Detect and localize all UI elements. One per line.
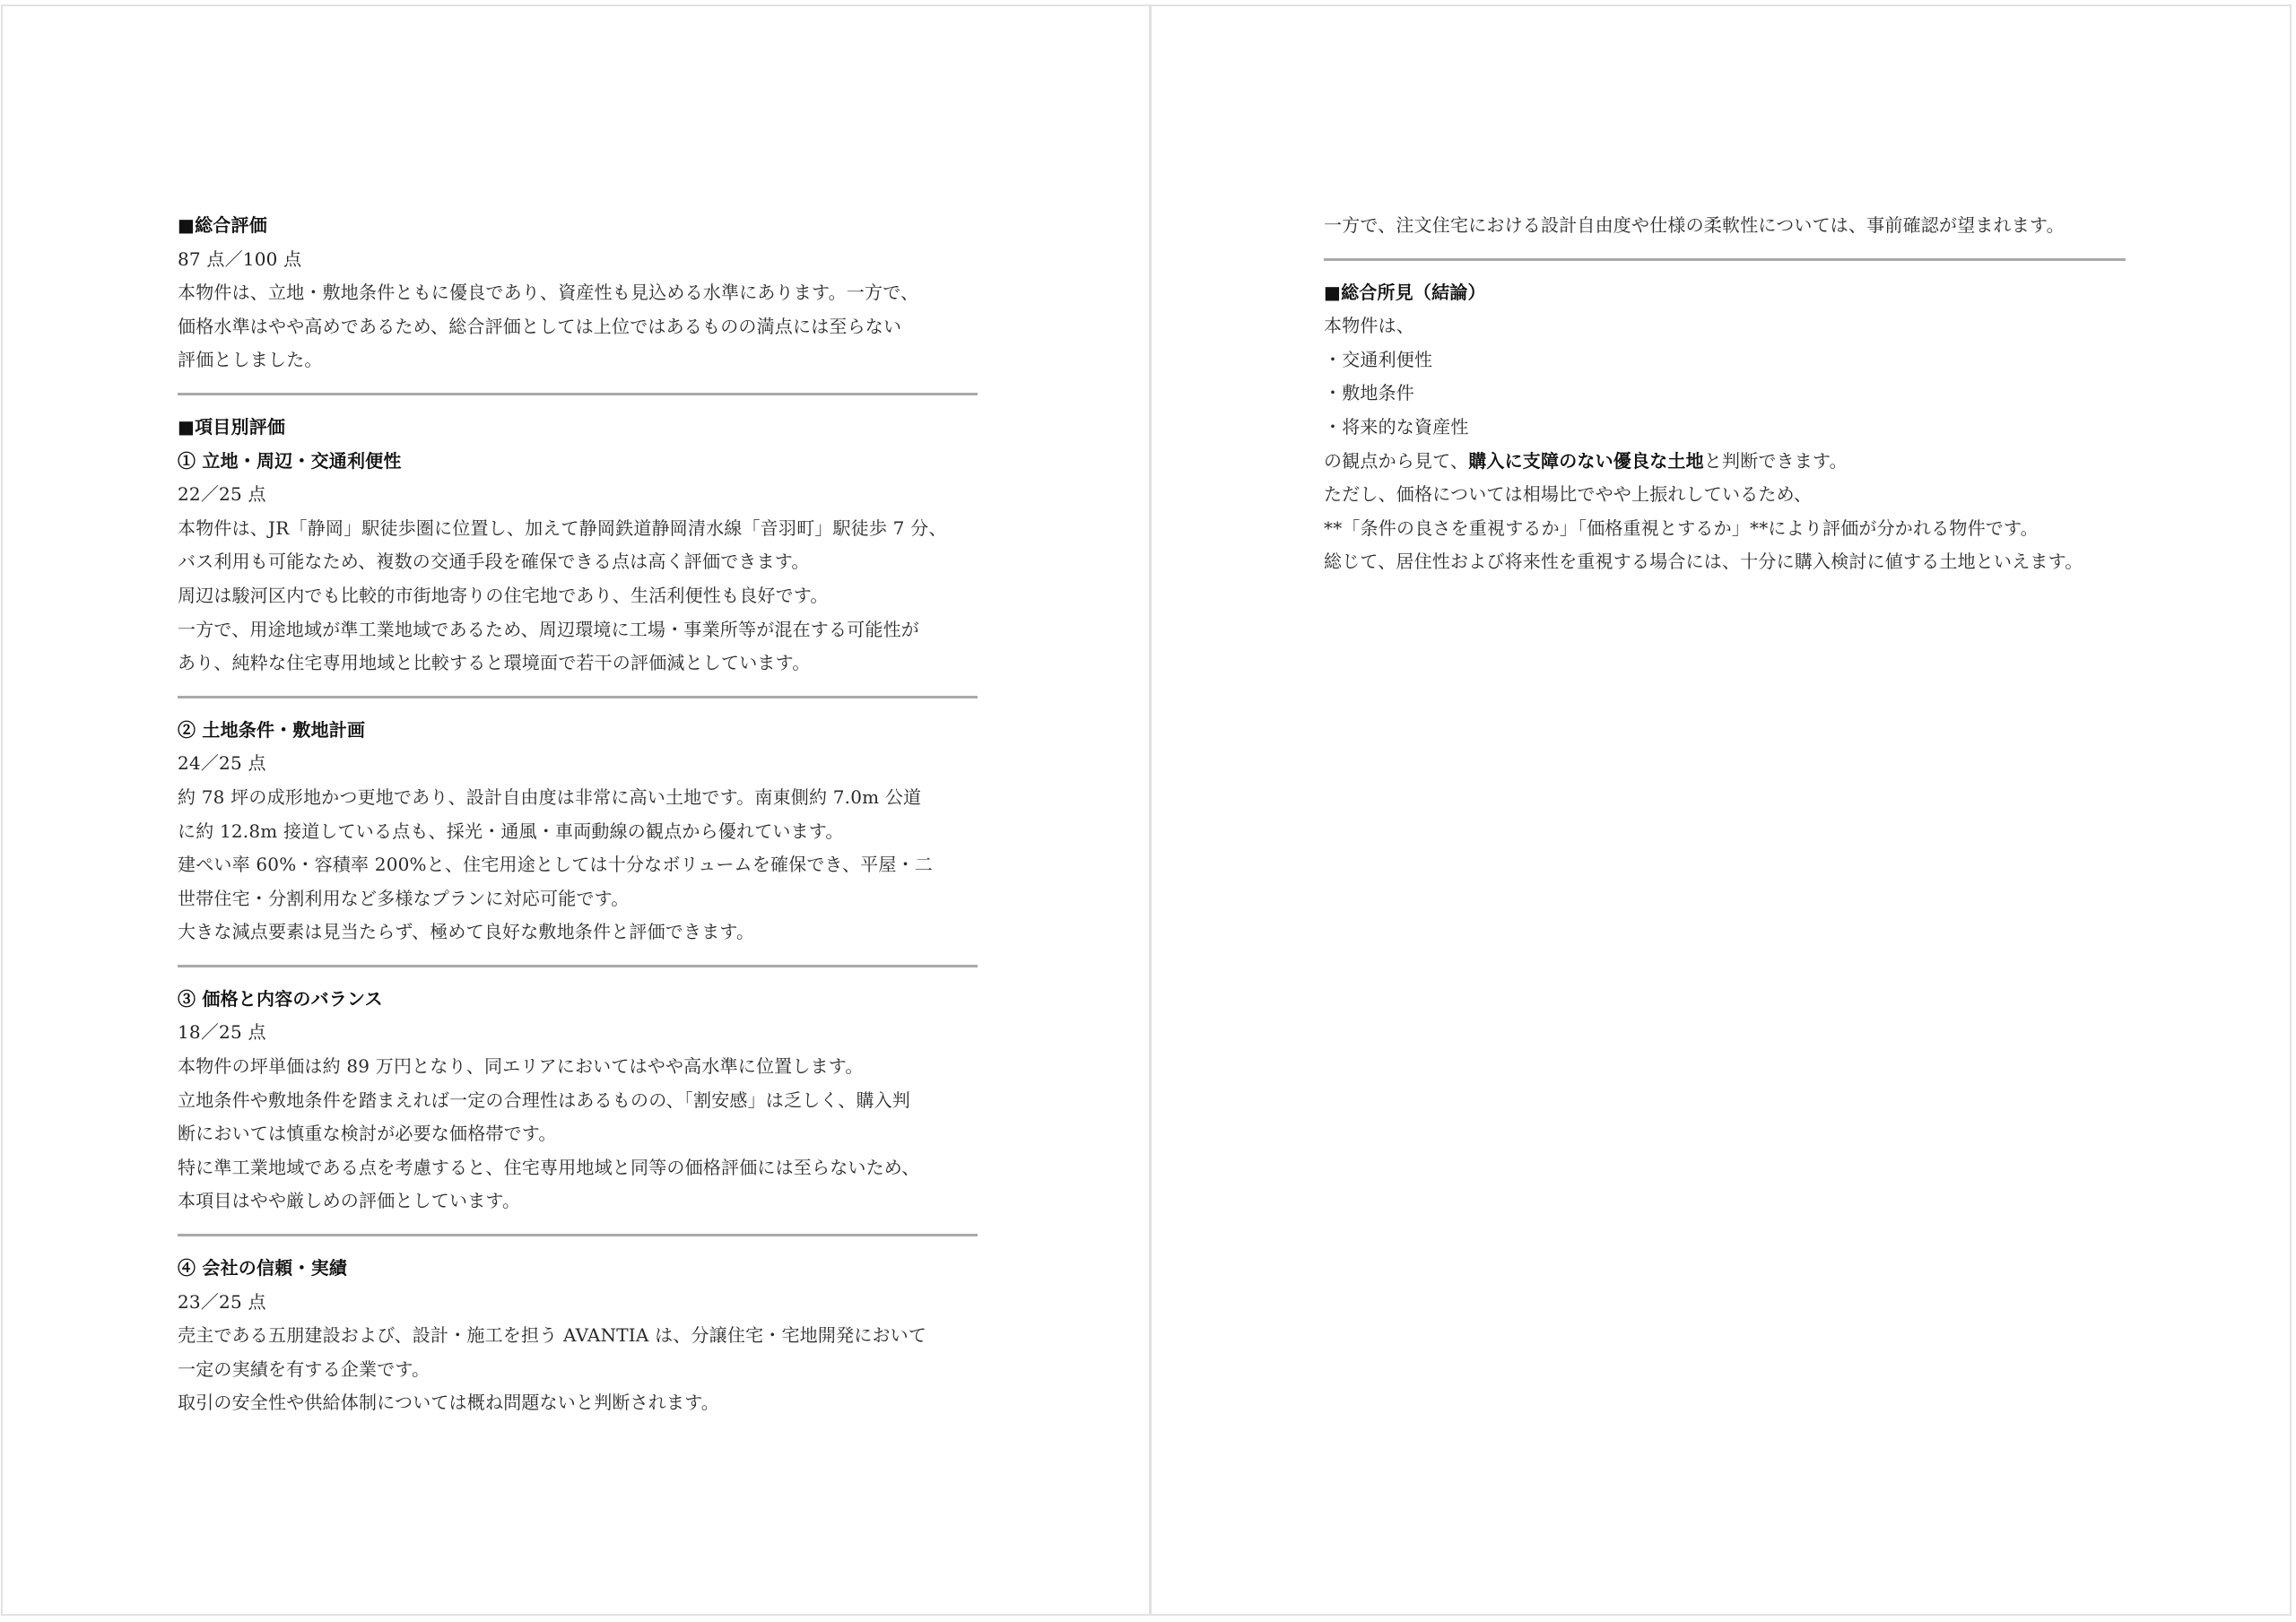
continuation-text-line: 一方で、注文住宅における設計自由度や仕様の柔軟性については、事前確認が望まれます…: [1324, 209, 2126, 243]
section-title-location: ① 立地・周辺・交通利便性: [178, 445, 978, 479]
section-text-line: に約 12.8m 接道している点も、採光・通風・車両動線の観点から優れています。: [178, 815, 978, 849]
section-title-land: ② 土地条件・敷地計画: [178, 714, 978, 748]
conclusion-text-line: ただし、価格については相場比でやや上振れしているため、: [1324, 478, 2126, 512]
right-page: 一方で、注文住宅における設計自由度や仕様の柔軟性については、事前確認が望まれます…: [1152, 6, 2292, 1614]
section-text-line: 一定の実績を有する企業です。: [178, 1353, 978, 1387]
right-page-content: 一方で、注文住宅における設計自由度や仕様の柔軟性については、事前確認が望まれます…: [1324, 209, 2126, 579]
conclusion-text-line: **「条件の良さを重視するか」「価格重視とするか」**により評価が分かれる物件で…: [1324, 512, 2126, 546]
document-spread: ■総合評価 87 点／100 点 本物件は、立地・敷地条件ともに優良であり、資産…: [1, 4, 2292, 1616]
overall-text-line: 本物件は、立地・敷地条件ともに優良であり、資産性も見込める水準にあります。一方で…: [178, 276, 978, 310]
section-divider: [178, 696, 978, 698]
section-text-line: 立地条件や敷地条件を踏まえれば一定の合理性はあるものの、「割安感」は乏しく、購入…: [178, 1084, 978, 1118]
section-text-line: 売主である五朋建設および、設計・施工を担う AVANTIA は、分譲住宅・宅地開…: [178, 1319, 978, 1353]
overall-score: 87 点／100 点: [178, 243, 978, 277]
section-text-line: 建ぺい率 60%・容積率 200%と、住宅用途としては十分なボリュームを確保でき…: [178, 848, 978, 882]
conclusion-bullet: ・将来的な資産性: [1324, 411, 2126, 445]
section-text-line: 本物件は、JR「静岡」駅徒歩圏に位置し、加えて静岡鉄道静岡清水線「音羽町」駅徒歩…: [178, 512, 978, 546]
section-text-line: 大きな減点要素は見当たらず、極めて良好な敷地条件と評価できます。: [178, 915, 978, 950]
section-text-line: 世帯住宅・分割利用など多様なプランに対応可能です。: [178, 882, 978, 916]
section-text-line: 一方で、用途地域が準工業地域であるため、周辺環境に工場・事業所等が混在する可能性…: [178, 613, 978, 647]
section-title-price: ③ 価格と内容のバランス: [178, 983, 978, 1017]
section-divider: [178, 965, 978, 967]
section-text-line: あり、純粋な住宅専用地域と比較すると環境面で若干の評価減としています。: [178, 646, 978, 681]
section-divider: [178, 1234, 978, 1236]
judgement-emphasis: 購入に支障のない優良な土地: [1468, 450, 1704, 472]
section-text-line: 特に準工業地域である点を考慮すると、住宅専用地域と同等の価格評価には至らないため…: [178, 1151, 978, 1185]
section-text-line: 周辺は駿河区内でも比較的市街地寄りの住宅地であり、生活利便性も良好です。: [178, 579, 978, 613]
section-title-company: ④ 会社の信頼・実績: [178, 1252, 978, 1286]
overall-text-line: 価格水準はやや高めであるため、総合評価としては上位ではあるものの満点には至らない: [178, 310, 978, 344]
section-text-line: 約 78 坪の成形地かつ更地であり、設計自由度は非常に高い土地です。南東側約 7…: [178, 781, 978, 815]
conclusion-bullet: ・交通利便性: [1324, 343, 2126, 377]
conclusion-judgement: の観点から見て、購入に支障のない優良な土地と判断できます。: [1324, 445, 2126, 479]
conclusion-intro: 本物件は、: [1324, 309, 2126, 343]
overall-text-line: 評価としました。: [178, 343, 978, 377]
judgement-prefix: の観点から見て、: [1324, 450, 1468, 472]
section-text-line: バス利用も可能なため、複数の交通手段を確保できる点は高く評価できます。: [178, 545, 978, 579]
left-page: ■総合評価 87 点／100 点 本物件は、立地・敷地条件ともに優良であり、資産…: [3, 6, 1149, 1614]
section-divider: [1324, 258, 2126, 261]
conclusion-text-line: 総じて、居住性および将来性を重視する場合には、十分に購入検討に値する土地といえま…: [1324, 545, 2126, 579]
judgement-suffix: と判断できます。: [1704, 450, 1848, 472]
section-score-location: 22／25 点: [178, 478, 978, 512]
section-score-land: 24／25 点: [178, 747, 978, 781]
itemized-evaluation-heading: ■項目別評価: [178, 411, 978, 445]
section-text-line: 取引の安全性や供給体制については概ね問題ないと判断されます。: [178, 1386, 978, 1420]
section-text-line: 本項目はやや厳しめの評価としています。: [178, 1184, 978, 1219]
section-divider: [178, 393, 978, 395]
section-score-company: 23／25 点: [178, 1286, 978, 1320]
conclusion-bullet: ・敷地条件: [1324, 377, 2126, 411]
conclusion-heading: ■総合所見（結論）: [1324, 276, 2126, 310]
section-text-line: 断においては慎重な検討が必要な価格帯です。: [178, 1117, 978, 1151]
left-page-content: ■総合評価 87 点／100 点 本物件は、立地・敷地条件ともに優良であり、資産…: [178, 209, 978, 1420]
section-score-price: 18／25 点: [178, 1016, 978, 1050]
overall-evaluation-heading: ■総合評価: [178, 209, 978, 243]
section-text-line: 本物件の坪単価は約 89 万円となり、同エリアにおいてはやや高水準に位置します。: [178, 1050, 978, 1084]
